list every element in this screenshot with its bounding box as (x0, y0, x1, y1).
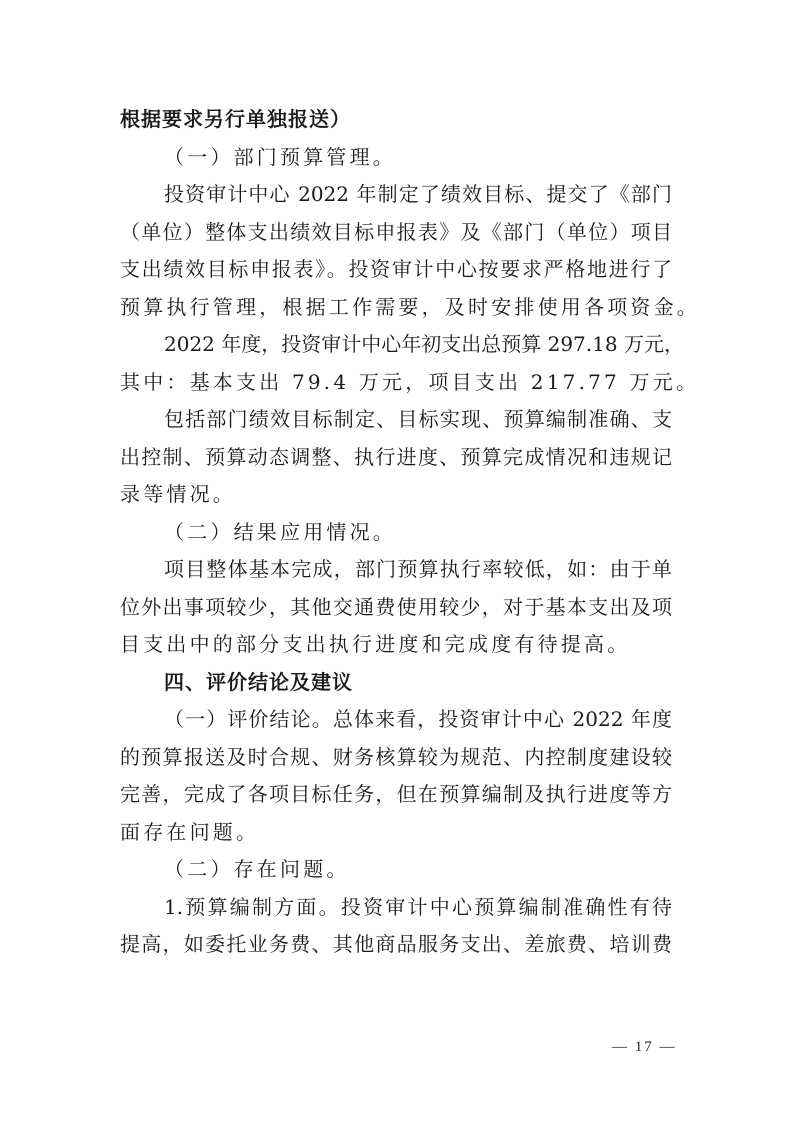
paragraph-line: 2022 年度，投资审计中心年初支出总预算 297.18 万元， (120, 326, 672, 364)
paragraph-line: 包括部门绩效目标制定、目标实现、预算编制准确、支 (120, 401, 672, 439)
paragraph-line: 项目整体基本完成，部门预算执行率较低，如：由于单 (120, 551, 672, 589)
document-page: 根据要求另行单独报送） （一）部门预算管理。 投资审计中心 2022 年制定了绩… (120, 101, 672, 964)
section-heading-conclusion: 四、评价结论及建议 (120, 664, 672, 702)
paragraph-line: 1.预算编制方面。投资审计中心预算编制准确性有待 (120, 889, 672, 927)
paragraph-line: 提高，如委托业务费、其他商品服务支出、差旅费、培训费 (120, 926, 672, 964)
paragraph-line: 支出绩效目标申报表》。投资审计中心按要求严格地进行了 (120, 251, 672, 289)
subheading-budget-management: （一）部门预算管理。 (120, 139, 672, 177)
paragraph-line: 录等情况。 (120, 476, 672, 514)
paragraph-line: 面存在问题。 (120, 814, 672, 852)
paragraph-line: 的预算报送及时合规、财务核算较为规范、内控制度建设较 (120, 739, 672, 777)
page-number: — 17 — (612, 1039, 677, 1056)
paragraph-line: 完善，完成了各项目标任务，但在预算编制及执行进度等方 (120, 776, 672, 814)
paragraph-line: 预算执行管理，根据工作需要，及时安排使用各项资金。 (120, 289, 672, 327)
paragraph-line: （单位）整体支出绩效目标申报表》及《部门（单位）项目 (120, 214, 672, 252)
section-continuation-heading: 根据要求另行单独报送） (120, 101, 672, 139)
subheading-existing-problems: （二）存在问题。 (120, 851, 672, 889)
paragraph-line: 出控制、预算动态调整、执行进度、预算完成情况和违规记 (120, 439, 672, 477)
paragraph-line: 投资审计中心 2022 年制定了绩效目标、提交了《部门 (120, 176, 672, 214)
paragraph-line: （一）评价结论。总体来看，投资审计中心 2022 年度 (120, 701, 672, 739)
subheading-result-application: （二）结果应用情况。 (120, 514, 672, 552)
paragraph-line: 目支出中的部分支出执行进度和完成度有待提高。 (120, 626, 672, 664)
paragraph-line: 其中：基本支出 79.4 万元，项目支出 217.77 万元。 (120, 364, 672, 402)
paragraph-line: 位外出事项较少，其他交通费使用较少，对于基本支出及项 (120, 589, 672, 627)
